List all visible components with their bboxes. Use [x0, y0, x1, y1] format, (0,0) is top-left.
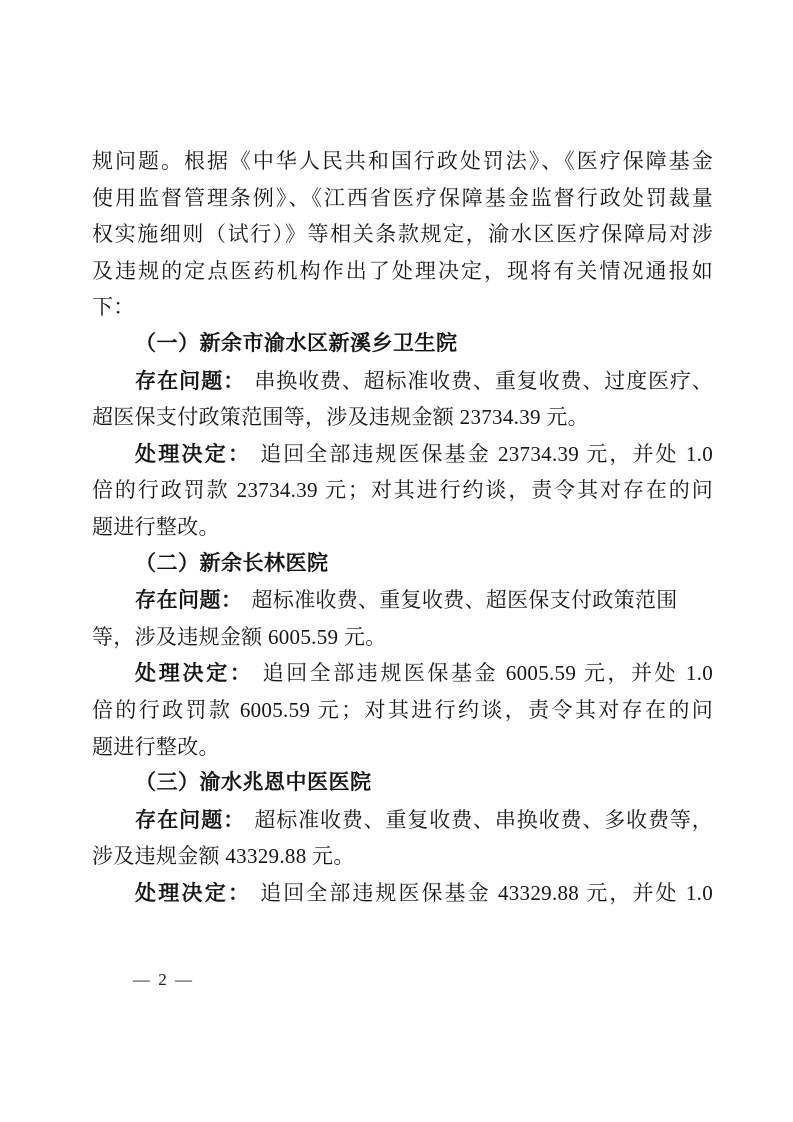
- problem-label: 存在问题：: [135, 809, 245, 832]
- problem-label: 存在问题：: [135, 589, 243, 612]
- intro-line: 及违规的定点医药机构作出了处理决定，现将有关情况通报如: [92, 253, 713, 290]
- decision-label: 处理决定：: [135, 662, 254, 685]
- section-2-problem-line: 等，涉及违规金额 6005.59 元。: [92, 619, 713, 656]
- decision-label: 处理决定：: [135, 882, 251, 905]
- intro-line: 下：: [92, 289, 713, 326]
- intro-line: 使用监督管理条例》、《江西省医疗保障基金监督行政处罚裁量: [92, 180, 713, 217]
- section-3-decision-line: 处理决定：追回全部违规医保基金 43329.88 元，并处 1.0: [92, 875, 713, 912]
- problem-text: 串换收费、超标准收费、重复收费、过度医疗、: [254, 369, 713, 393]
- section-2-decision-line: 题进行整改。: [92, 729, 713, 766]
- document-body: 规问题。根据《中华人民共和国行政处罚法》、《医疗保障基金 使用监督管理条例》、《…: [92, 143, 713, 911]
- section-2-heading: （二）新余长林医院: [92, 546, 713, 583]
- section-3: （三）渝水兆恩中医医院 存在问题：超标准收费、重复收费、串换收费、多收费等， 涉…: [92, 765, 713, 911]
- intro-line: 规问题。根据《中华人民共和国行政处罚法》、《医疗保障基金: [92, 143, 713, 180]
- problem-text: 超标准收费、重复收费、超医保支付政策范围: [252, 588, 678, 612]
- section-1-decision-line: 倍的行政罚款 23734.39 元；对其进行约谈，责令其对存在的问: [92, 472, 713, 509]
- section-2-problem-line: 存在问题：超标准收费、重复收费、超医保支付政策范围: [92, 582, 713, 619]
- section-3-problem-line: 涉及违规金额 43329.88 元。: [92, 838, 713, 875]
- problem-text: 超标准收费、重复收费、串换收费、多收费等，: [254, 808, 713, 832]
- intro-line: 权实施细则（试行）》等相关条款规定，渝水区医疗保障局对涉: [92, 216, 713, 253]
- section-1-problem-line: 超医保支付政策范围等，涉及违规金额 23734.39 元。: [92, 399, 713, 436]
- section-1-decision-line: 题进行整改。: [92, 509, 713, 546]
- document-page: 规问题。根据《中华人民共和国行政处罚法》、《医疗保障基金 使用监督管理条例》、《…: [0, 0, 793, 1122]
- section-2-decision-line: 倍的行政罚款 6005.59 元；对其进行约谈，责令其对存在的问: [92, 692, 713, 729]
- section-2-decision-line: 处理决定：追回全部违规医保基金 6005.59 元，并处 1.0: [92, 655, 713, 692]
- decision-text: 追回全部违规医保基金 43329.88 元，并处 1.0: [260, 881, 713, 905]
- decision-text: 追回全部违规医保基金 6005.59 元，并处 1.0: [263, 661, 713, 685]
- problem-label: 存在问题：: [135, 370, 245, 393]
- section-3-problem-line: 存在问题：超标准收费、重复收费、串换收费、多收费等，: [92, 802, 713, 839]
- section-1-problem-line: 存在问题：串换收费、超标准收费、重复收费、过度医疗、: [92, 363, 713, 400]
- section-1-decision-line: 处理决定：追回全部违规医保基金 23734.39 元，并处 1.0: [92, 436, 713, 473]
- decision-text: 追回全部违规医保基金 23734.39 元，并处 1.0: [260, 442, 713, 466]
- section-1: （一）新余市渝水区新溪乡卫生院 存在问题：串换收费、超标准收费、重复收费、过度医…: [92, 326, 713, 546]
- section-2: （二）新余长林医院 存在问题：超标准收费、重复收费、超医保支付政策范围 等，涉及…: [92, 546, 713, 766]
- section-1-heading: （一）新余市渝水区新溪乡卫生院: [92, 326, 713, 363]
- page-number: — 2 —: [133, 970, 194, 990]
- section-3-heading: （三）渝水兆恩中医医院: [92, 765, 713, 802]
- decision-label: 处理决定：: [135, 443, 251, 466]
